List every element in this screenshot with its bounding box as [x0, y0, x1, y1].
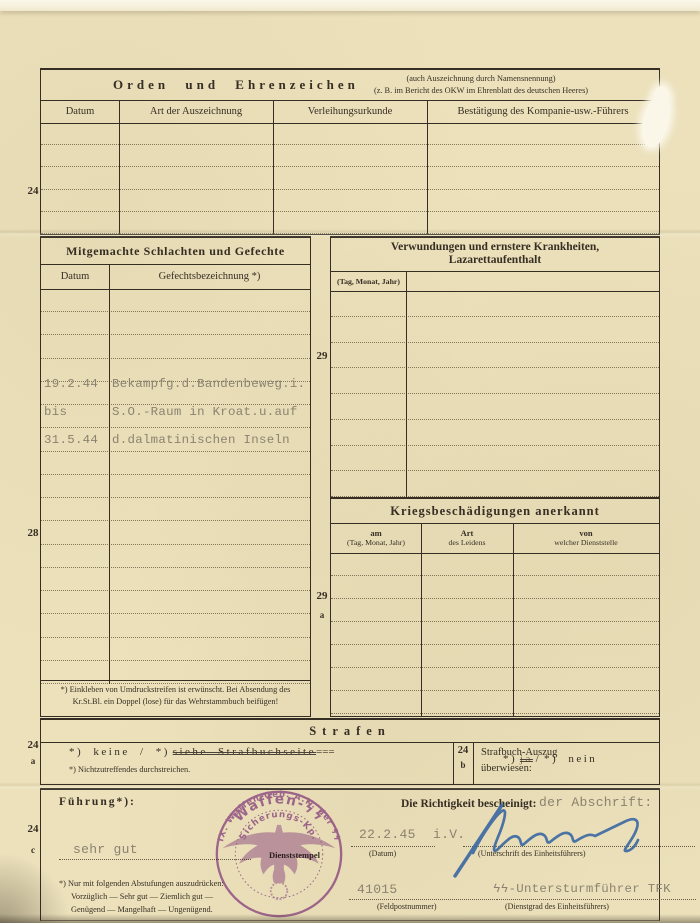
rule-line [41, 614, 310, 637]
orden-col-bestaetigung: Bestätigung des Kompanie-usw.-Führers [427, 100, 659, 123]
gefechte-footnote-line1: *) Einkleben von Umdruckstreifen ist erw… [41, 684, 310, 696]
gefechte-ruled-lines [41, 289, 310, 684]
rule-line [41, 190, 659, 212]
strafen-nein: *) nein [544, 753, 597, 765]
kb-col-am-line1: am [370, 528, 381, 539]
strafen-option-tail: === [316, 746, 335, 758]
gefechte-col-bezeichnung: Gefechtsbezeichnung *) [109, 264, 310, 289]
orden-col-art: Art der Auszeichnung [119, 100, 273, 123]
kriegsbeschaedigungen-header-row: Kriegsbeschädigungen anerkannt [331, 499, 659, 524]
strafen-ja-nein-line: *) ja / *) nein [503, 753, 597, 765]
strafen-option-struck: siehe Strafbuchseite [173, 746, 316, 758]
kb-col-art: Art des Leidens [421, 523, 513, 553]
rule-line [331, 576, 659, 599]
rule-line [331, 291, 659, 317]
strafen-title: Strafen [309, 724, 391, 739]
orden-vsep-3 [427, 100, 428, 234]
rule-line [331, 446, 659, 472]
entry-text-2: S.O.-Raum in Kroat.u.auf [112, 405, 298, 419]
strafen-note: *) Nichtzutreffendes durchstreichen. [69, 764, 190, 776]
rule-line [41, 568, 310, 591]
rule-line [331, 368, 659, 394]
entry-text-1: Bekampfg.d.Bandenbeweg.i. [112, 377, 305, 391]
rule-line [41, 638, 310, 661]
orden-ruled-lines [41, 123, 659, 234]
paper-top-edge [0, 0, 700, 11]
kb-col-von-line2: welcher Dienststelle [554, 538, 617, 548]
fuehrung-label: Führung*): [59, 796, 136, 808]
orden-vsep-2 [273, 100, 274, 234]
kb-vsep-1 [421, 523, 422, 716]
rule-line [41, 167, 659, 189]
rule-line [41, 312, 310, 335]
rule-line [331, 599, 659, 622]
verwundungen-subheader-row: (Tag, Monat, Jahr) [331, 271, 659, 292]
gefechte-vsep [109, 264, 110, 684]
typed-grade: sehr gut [73, 842, 138, 857]
dienstgrad-line [497, 899, 696, 900]
orden-table: Orden und Ehrenzeichen (auch Auszeichnun… [40, 68, 660, 235]
gefechte-title: Mitgemachte Schlachten und Gefechte [66, 244, 285, 259]
rule-line [41, 123, 659, 145]
gefechte-col-datum: Datum [41, 264, 109, 289]
strafen-header-row: Strafen [41, 720, 659, 743]
waffen-ss-rubber-stamp: Waffen-ϟϟ IX. Waffen-Geb. A.K. der ϟϟ Si… [200, 786, 358, 922]
rule-line [41, 289, 310, 312]
strafen-ja-prefix: *) [503, 753, 517, 765]
rule-line [41, 475, 310, 498]
rule-line [41, 545, 310, 568]
strafen-ja-struck: ja [520, 753, 533, 765]
kriegsbeschaedigungen-ruled-lines [331, 553, 659, 714]
margin-number-29a-num: 29 [313, 590, 331, 602]
entry-date-3: 31.5.44 [44, 433, 98, 447]
rule-line [331, 471, 659, 497]
gefechte-footnote: *) Einkleben von Umdruckstreifen ist erw… [41, 680, 310, 716]
kb-vsep-2 [513, 523, 514, 716]
strafen-vsep-2 [473, 742, 474, 784]
strafen-table: Strafen *) keine / *) siehe Strafbuchsei… [40, 718, 660, 785]
rule-line [41, 212, 659, 234]
kriegsbeschaedigungen-table: Kriegsbeschädigungen anerkannt am (Tag, … [330, 497, 660, 717]
verwundungen-title-line1: Verwundungen und ernstere Krankheiten, [331, 241, 659, 254]
typed-datum: 22.2.45 [359, 827, 416, 842]
strafen-cell-24b: 24 b [453, 744, 473, 771]
kriegsbeschaedigungen-column-header-row: am (Tag, Monat, Jahr) Art des Leidens vo… [331, 523, 659, 554]
rule-line [331, 317, 659, 343]
rule-line [331, 420, 659, 446]
scanned-form-page: 24 Orden und Ehrenzeichen (auch Auszeich… [0, 0, 700, 923]
dienstgrad-caption: (Dienstgrad des Einheitsführers) [505, 902, 609, 911]
orden-note-1: (auch Auszeichnung durch Namensnennung) [313, 73, 649, 85]
strafen-option-line: *) keine / *) siehe Strafbuchseite=== [69, 746, 335, 758]
gefechte-header-row: Mitgemachte Schlachten und Gefechte [41, 238, 310, 265]
orden-col-datum: Datum [41, 100, 119, 123]
gefechte-footnote-line2: Kr.St.Bl. ein Doppel (lose) für das Wehr… [41, 696, 310, 708]
rule-line [331, 553, 659, 576]
strafen-ja-sep: / [536, 753, 542, 765]
rule-line [331, 394, 659, 420]
rule-line [331, 343, 659, 369]
verwundungen-date-header: (Tag, Monat, Jahr) [331, 271, 407, 291]
feldpost-caption: (Feldpostnummer) [377, 902, 437, 911]
paper-damage-small [654, 86, 669, 106]
orden-col-urkunde: Verleihungsurkunde [273, 100, 427, 123]
rule-line [41, 521, 310, 544]
einheitsfuehrer-signature [428, 793, 663, 888]
verwundungen-title-line2: Lazarettaufenthalt [331, 254, 659, 267]
gefechte-column-header-row: Datum Gefechtsbezeichnung *) [41, 264, 310, 290]
kb-col-am: am (Tag, Monat, Jahr) [331, 523, 421, 553]
entry-date-2: bis [44, 405, 67, 419]
kriegsbeschaedigungen-title: Kriegsbeschädigungen anerkannt [390, 504, 600, 519]
verwundungen-table: Verwundungen und ernstere Krankheiten, L… [330, 236, 660, 499]
orden-header-row: Orden und Ehrenzeichen (auch Auszeichnun… [41, 70, 659, 101]
kb-col-art-line1: Art [461, 528, 474, 539]
orden-note-2: (z. B. im Bericht des OKW im Ehrenblatt … [313, 85, 649, 97]
datum-caption: (Datum) [369, 849, 396, 858]
entry-text-3: d.dalmatinischen Inseln [112, 433, 290, 447]
rule-line [331, 622, 659, 645]
rule-line [331, 668, 659, 691]
datum-line [351, 846, 435, 847]
gefechte-table: Mitgemachte Schlachten und Gefechte Datu… [40, 236, 311, 717]
verwundungen-vsep [406, 291, 407, 499]
strafen-option-prefix: *) keine / *) [69, 746, 170, 758]
rule-line [41, 498, 310, 521]
entry-date-1: 19.2.44 [44, 377, 98, 391]
margin-number-29: 29 [313, 350, 331, 362]
orden-notes: (auch Auszeichnung durch Namensnennung) … [313, 73, 649, 96]
orden-column-header-row: Datum Art der Auszeichnung Verleihungsur… [41, 100, 659, 124]
kb-col-art-line2: des Leidens [448, 538, 485, 548]
rule-line [41, 452, 310, 475]
kb-col-von-line1: von [579, 528, 592, 539]
rule-line [331, 691, 659, 714]
rule-line [41, 145, 659, 167]
kb-col-von: von welcher Dienststelle [513, 523, 659, 553]
strafen-cell-24b-sub: b [453, 759, 473, 772]
rule-line [41, 335, 310, 358]
feldpost-line [349, 899, 497, 900]
orden-vsep-1 [119, 100, 120, 234]
verwundungen-title: Verwundungen und ernstere Krankheiten, L… [331, 241, 659, 267]
rule-line [331, 645, 659, 668]
strafen-cell-24b-num: 24 [453, 744, 473, 759]
kb-col-am-line2: (Tag, Monat, Jahr) [347, 538, 405, 548]
typed-feldpost: 41015 [357, 882, 398, 897]
margin-number-29a-sub: a [313, 610, 331, 620]
rule-line [41, 591, 310, 614]
verwundungen-ruled-lines [331, 291, 659, 497]
